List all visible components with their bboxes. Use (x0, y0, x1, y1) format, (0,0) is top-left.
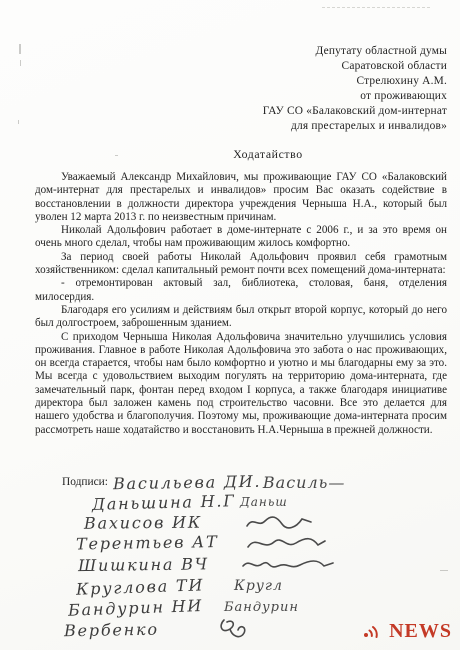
signature-flourish-icon (244, 533, 328, 553)
signature-name: Шишкина ВЧ (78, 553, 240, 574)
recipient-line: Стрелюхину А.М. (0, 74, 447, 89)
paragraph: Уважаемый Александр Михайлович, мы прожи… (35, 171, 447, 224)
paragraph: С приходом Черныша Николая Адольфовича з… (35, 331, 447, 437)
recipient-line: Саратовской области (0, 59, 447, 74)
signature-name: Вербенко (64, 618, 214, 640)
signature-flourish-icon (240, 554, 336, 574)
signature-flourish-icon (214, 616, 254, 642)
signature-mark: Василь— (263, 473, 345, 492)
scan-artifact-speck (20, 60, 21, 66)
paragraph: - отремонтирован актовый зал, библиотека… (35, 277, 447, 304)
signature-name: Даньшина Н.Г (92, 491, 240, 514)
scan-artifact-dashed-line (322, 7, 430, 8)
paragraph: Благодаря его усилиям и действиям был от… (35, 304, 447, 331)
signature-name: Круглова ТИ (76, 574, 235, 599)
signature-row: Вахисов ИК (84, 512, 422, 532)
scanned-letter-page: Депутату областной думы Саратовской обла… (0, 0, 460, 650)
news-watermark-text: NEWS (389, 620, 452, 643)
letter-recipient-block: Депутату областной думы Саратовской обла… (0, 0, 460, 134)
signatures-label: Подписи: (62, 476, 108, 488)
signature-mark: Кругл (234, 578, 283, 594)
recipient-line: ГАУ СО «Балаковский дом-интернат (0, 104, 447, 119)
scan-artifact-speck (440, 570, 448, 571)
signature-name: Васильева ДИ. (113, 471, 263, 493)
signature-name: Вахисов ИК (84, 512, 244, 532)
recipient-line: для престарелых и инвалидов» (0, 119, 447, 134)
signature-name: Бандурин НИ (68, 595, 225, 619)
signature-row: Круглова ТИ Кругл (76, 575, 422, 597)
signature-mark: Даньш (240, 495, 288, 509)
scan-artifact-speck (19, 44, 21, 54)
signature-row: Бандурин НИ Бандурин (68, 597, 422, 618)
signature-row: Шишкина ВЧ (78, 553, 422, 575)
recipient-line: Депутату областной думы (0, 44, 447, 59)
signature-flourish-icon (244, 513, 314, 531)
scan-artifact-speck (18, 120, 19, 124)
signatures-block: Подписи: Васильева ДИ. Василь— Даньшина … (62, 472, 422, 640)
paragraph: Николай Адольфович работает в доме-интер… (35, 224, 447, 251)
signature-row: Терентьев АТ (76, 532, 422, 553)
letter-title: Ходатайство (38, 147, 460, 162)
broadcast-waves-icon (363, 624, 380, 639)
letter-body: Уважаемый Александр Михайлович, мы прожи… (0, 162, 460, 437)
signature-row: Подписи: Васильева ДИ. Василь— (62, 472, 422, 492)
recipient-line: от проживающих (0, 89, 447, 104)
signature-row: Даньшина Н.Г Даньш (92, 492, 422, 512)
paragraph: За период своей работы Николай Адольфови… (35, 251, 447, 278)
signature-mark: Бандурин (224, 600, 299, 615)
signature-name: Терентьев АТ (76, 532, 244, 554)
news-watermark: NEWS (363, 620, 452, 643)
